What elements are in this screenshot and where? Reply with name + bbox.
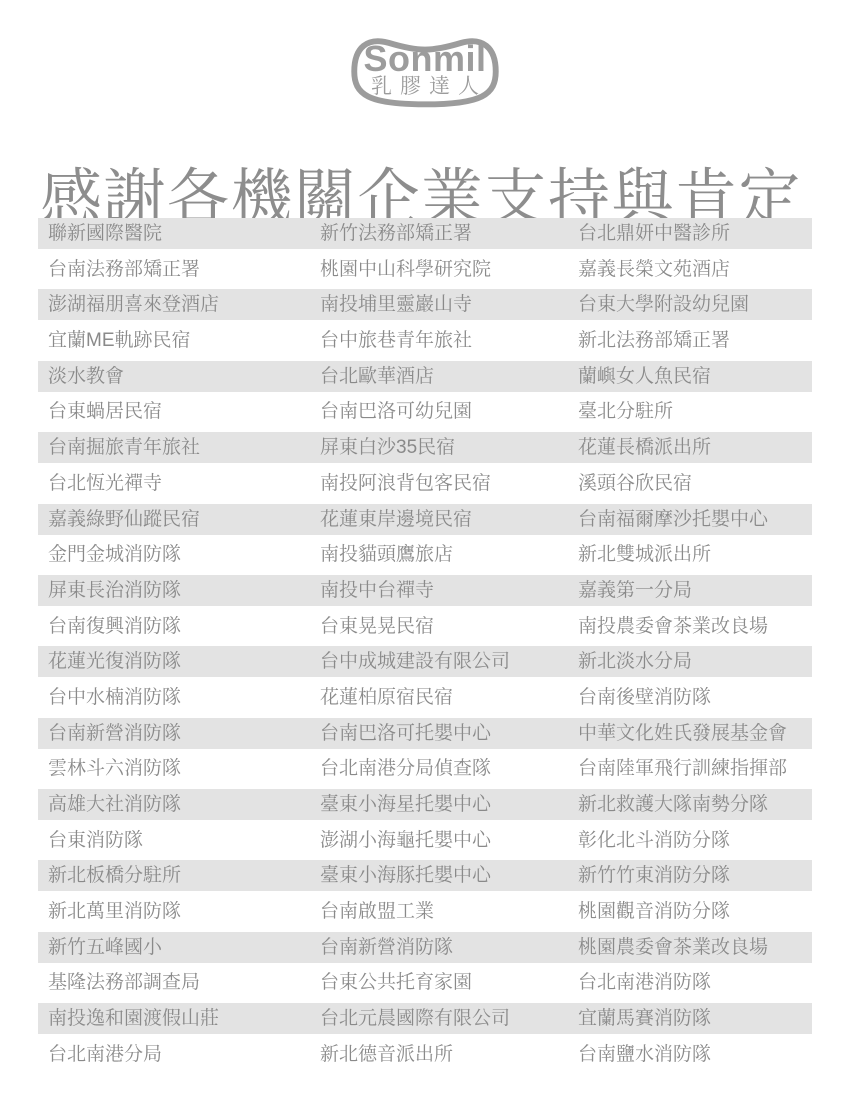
- org-name: 台南復興消防隊: [38, 611, 320, 642]
- org-name: 台北南港分局偵查隊: [320, 753, 578, 784]
- org-name: 新北法務部矯正署: [578, 325, 812, 356]
- org-name: 台北歐華酒店: [320, 361, 578, 392]
- table-row: 台北恆光禪寺南投阿浪背包客民宿溪頭谷欣民宿: [38, 468, 812, 499]
- table-row: 淡水教會台北歐華酒店蘭嶼女人魚民宿: [38, 361, 812, 392]
- org-name: 澎湖小海龜托嬰中心: [320, 825, 578, 856]
- org-name: 台中水楠消防隊: [38, 682, 320, 713]
- org-name: 台南法務部矯正署: [38, 254, 320, 285]
- org-name: 宜蘭馬賽消防隊: [578, 1003, 812, 1034]
- table-row: 台南掘旅青年旅社屏東白沙35民宿花蓮長橋派出所: [38, 432, 812, 463]
- table-row: 台東消防隊澎湖小海龜托嬰中心彰化北斗消防分隊: [38, 825, 812, 856]
- table-row: 台北南港分局新北德音派出所台南鹽水消防隊: [38, 1039, 812, 1070]
- org-name: 臺東小海豚托嬰中心: [320, 860, 578, 891]
- org-name: 新北救護大隊南勢分隊: [578, 789, 812, 820]
- org-name: 南投埔里靈巖山寺: [320, 289, 578, 320]
- org-name: 台東晃晃民宿: [320, 611, 578, 642]
- org-name: 台北元晨國際有限公司: [320, 1003, 578, 1034]
- org-name: 新竹五峰國小: [38, 932, 320, 963]
- table-row: 新北萬里消防隊台南啟盟工業桃園觀音消防分隊: [38, 896, 812, 927]
- org-name: 金門金城消防隊: [38, 539, 320, 570]
- org-name: 蘭嶼女人魚民宿: [578, 361, 812, 392]
- org-name: 臺北分駐所: [578, 396, 812, 427]
- table-row: 金門金城消防隊南投貓頭鷹旅店新北雙城派出所: [38, 539, 812, 570]
- org-name: 台南陸軍飛行訓練指揮部: [578, 753, 812, 784]
- org-name: 台東大學附設幼兒園: [578, 289, 812, 320]
- org-name: 新竹法務部矯正署: [320, 218, 578, 249]
- table-row: 嘉義綠野仙蹤民宿花蓮東岸邊境民宿台南福爾摩沙托嬰中心: [38, 504, 812, 535]
- table-row: 高雄大社消防隊臺東小海星托嬰中心新北救護大隊南勢分隊: [38, 789, 812, 820]
- table-row: 花蓮光復消防隊台中成城建設有限公司新北淡水分局: [38, 646, 812, 677]
- org-name: 雲林斗六消防隊: [38, 753, 320, 784]
- org-name: 台東公共托育家園: [320, 967, 578, 998]
- org-name: 新北板橋分駐所: [38, 860, 320, 891]
- org-name: 南投農委會茶業改良場: [578, 611, 812, 642]
- org-name: 桃園農委會茶業改良場: [578, 932, 812, 963]
- org-name: 嘉義第一分局: [578, 575, 812, 606]
- org-name: 台南鹽水消防隊: [578, 1039, 812, 1070]
- org-name: 台北南港消防隊: [578, 967, 812, 998]
- org-name: 溪頭谷欣民宿: [578, 468, 812, 499]
- org-name: 桃園中山科學研究院: [320, 254, 578, 285]
- org-name: 花蓮東岸邊境民宿: [320, 504, 578, 535]
- org-name: 台中成城建設有限公司: [320, 646, 578, 677]
- org-name: 中華文化姓氏發展基金會: [578, 718, 812, 749]
- org-name: 屏東白沙35民宿: [320, 432, 578, 463]
- org-name: 桃園觀音消防分隊: [578, 896, 812, 927]
- org-name: 台南新營消防隊: [38, 718, 320, 749]
- org-name: 臺東小海星托嬰中心: [320, 789, 578, 820]
- sponsor-table: 聯新國際醫院新竹法務部矯正署台北鼎妍中醫診所台南法務部矯正署桃園中山科學研究院嘉…: [38, 218, 812, 1075]
- table-row: 台南法務部矯正署桃園中山科學研究院嘉義長榮文苑酒店: [38, 254, 812, 285]
- org-name: 台南巴洛可幼兒園: [320, 396, 578, 427]
- table-row: 台東蝸居民宿台南巴洛可幼兒園臺北分駐所: [38, 396, 812, 427]
- org-name: 屏東長治消防隊: [38, 575, 320, 606]
- org-name: 南投逸和園渡假山莊: [38, 1003, 320, 1034]
- org-name: 新北淡水分局: [578, 646, 812, 677]
- org-name: 高雄大社消防隊: [38, 789, 320, 820]
- org-name: 嘉義綠野仙蹤民宿: [38, 504, 320, 535]
- org-name: 台北南港分局: [38, 1039, 320, 1070]
- org-name: 基隆法務部調查局: [38, 967, 320, 998]
- org-name: 南投阿浪背包客民宿: [320, 468, 578, 499]
- org-name: 台南後壁消防隊: [578, 682, 812, 713]
- org-name: 花蓮長橋派出所: [578, 432, 812, 463]
- table-row: 屏東長治消防隊南投中台禪寺嘉義第一分局: [38, 575, 812, 606]
- org-name: 台南福爾摩沙托嬰中心: [578, 504, 812, 535]
- org-name: 台北恆光禪寺: [38, 468, 320, 499]
- org-name: 台東消防隊: [38, 825, 320, 856]
- table-row: 台南復興消防隊台東晃晃民宿南投農委會茶業改良場: [38, 611, 812, 642]
- table-row: 雲林斗六消防隊台北南港分局偵查隊台南陸軍飛行訓練指揮部: [38, 753, 812, 784]
- org-name: 花蓮柏原宿民宿: [320, 682, 578, 713]
- table-row: 新北板橋分駐所臺東小海豚托嬰中心新竹竹東消防分隊: [38, 860, 812, 891]
- org-name: 新北萬里消防隊: [38, 896, 320, 927]
- org-name: 新北德音派出所: [320, 1039, 578, 1070]
- org-name: 台南新營消防隊: [320, 932, 578, 963]
- org-name: 南投中台禪寺: [320, 575, 578, 606]
- table-row: 聯新國際醫院新竹法務部矯正署台北鼎妍中醫診所: [38, 218, 812, 249]
- table-row: 南投逸和園渡假山莊台北元晨國際有限公司宜蘭馬賽消防隊: [38, 1003, 812, 1034]
- logo-brand-text: Sonmil: [345, 41, 505, 77]
- page: { "logo": { "brand": "Sonmil", "subtitle…: [0, 0, 850, 1105]
- org-name: 南投貓頭鷹旅店: [320, 539, 578, 570]
- org-name: 花蓮光復消防隊: [38, 646, 320, 677]
- org-name: 台南掘旅青年旅社: [38, 432, 320, 463]
- org-name: 台南巴洛可托嬰中心: [320, 718, 578, 749]
- table-row: 宜蘭ME軌跡民宿台中旅巷青年旅社新北法務部矯正署: [38, 325, 812, 356]
- org-name: 台中旅巷青年旅社: [320, 325, 578, 356]
- org-name: 新竹竹東消防分隊: [578, 860, 812, 891]
- org-name: 宜蘭ME軌跡民宿: [38, 325, 320, 356]
- org-name: 嘉義長榮文苑酒店: [578, 254, 812, 285]
- table-row: 新竹五峰國小台南新營消防隊桃園農委會茶業改良場: [38, 932, 812, 963]
- org-name: 淡水教會: [38, 361, 320, 392]
- table-row: 台中水楠消防隊花蓮柏原宿民宿台南後壁消防隊: [38, 682, 812, 713]
- table-row: 基隆法務部調查局台東公共托育家園台北南港消防隊: [38, 967, 812, 998]
- org-name: 澎湖福朋喜來登酒店: [38, 289, 320, 320]
- org-name: 新北雙城派出所: [578, 539, 812, 570]
- org-name: 聯新國際醫院: [38, 218, 320, 249]
- org-name: 彰化北斗消防分隊: [578, 825, 812, 856]
- org-name: 台東蝸居民宿: [38, 396, 320, 427]
- sonmil-logo: Sonmil 乳膠達人: [345, 29, 505, 114]
- org-name: 台北鼎妍中醫診所: [578, 218, 812, 249]
- table-row: 澎湖福朋喜來登酒店南投埔里靈巖山寺台東大學附設幼兒園: [38, 289, 812, 320]
- table-row: 台南新營消防隊台南巴洛可托嬰中心中華文化姓氏發展基金會: [38, 718, 812, 749]
- org-name: 台南啟盟工業: [320, 896, 578, 927]
- logo-subtitle-text: 乳膠達人: [345, 76, 505, 97]
